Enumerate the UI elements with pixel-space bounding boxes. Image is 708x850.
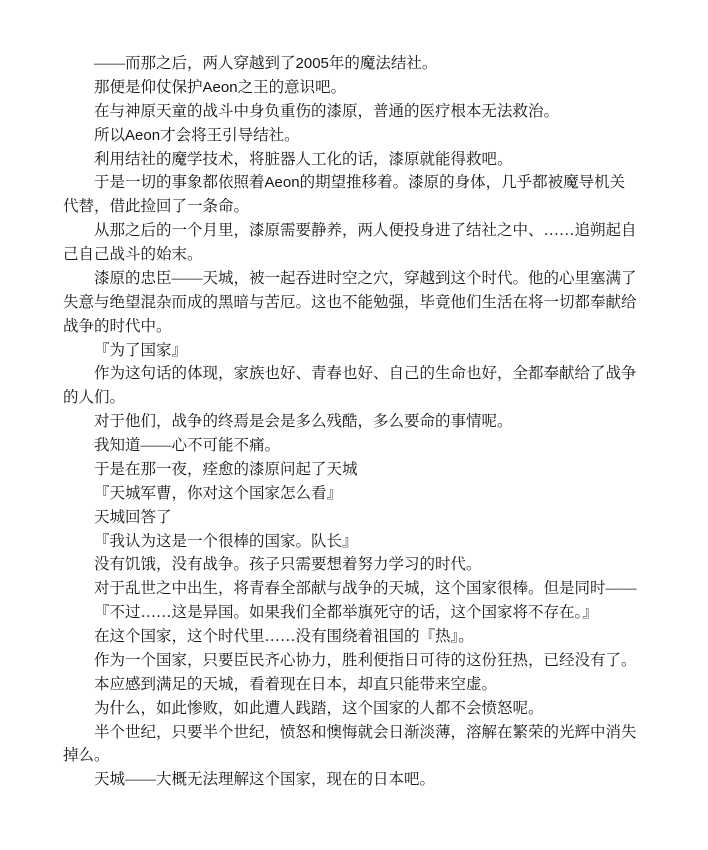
paragraph: 从那之后的一个月里，漆原需要静养，两人便投身进了结社之中、……追朔起自己自己战斗… — [63, 219, 637, 267]
paragraph: 在与神原天童的战斗中身负重伤的漆原，普通的医疗根本无法救治。 — [63, 100, 637, 124]
paragraph: 半个世纪，只要半个世纪，愤怒和懊悔就会日渐淡薄，溶解在繁荣的光辉中消失掉么。 — [63, 721, 637, 769]
paragraph: 漆原的忠臣——天城，被一起吞进时空之穴，穿越到这个时代。他的心里塞满了失意与绝望… — [63, 267, 637, 339]
paragraph: 『天城军曹，你对这个国家怎么看』 — [63, 482, 637, 506]
paragraph: 为什么，如此惨败，如此遭人践踏，这个国家的人都不会愤怒呢。 — [63, 697, 637, 721]
paragraph: 那便是仰仗保护Aeon之王的意识吧。 — [63, 76, 637, 100]
paragraph: 对于乱世之中出生，将青春全部献与战争的天城，这个国家很棒。但是同时—— — [63, 577, 637, 601]
paragraph: 『为了国家』 — [63, 339, 637, 363]
paragraph: 于是在那一夜，痊愈的漆原问起了天城 — [63, 458, 637, 482]
latin-text: 2005 — [296, 55, 329, 72]
paragraph: 对于他们，战争的终焉是会是多么残酷，多么要命的事情呢。 — [63, 410, 637, 434]
paragraph: 利用结社的魔学技术，将脏器人工化的话，漆原就能得救吧。 — [63, 148, 637, 172]
paragraph: 我知道——心不可能不痛。 — [63, 434, 637, 458]
latin-text: Aeon — [125, 127, 160, 144]
paragraph: ——而那之后，两人穿越到了2005年的魔法结社。 — [63, 52, 637, 76]
latin-text: Aeon — [203, 79, 238, 96]
paragraph: 『不过……这是异国。如果我们全都举旗死守的话，这个国家将不存在。』 — [63, 601, 637, 625]
document-body: ——而那之后，两人穿越到了2005年的魔法结社。那便是仰仗保护Aeon之王的意识… — [63, 52, 637, 792]
paragraph: 在这个国家，这个时代里……没有围绕着祖国的『热』。 — [63, 625, 637, 649]
paragraph: 所以Aeon才会将王引导结社。 — [63, 124, 637, 148]
document-page: ——而那之后，两人穿越到了2005年的魔法结社。那便是仰仗保护Aeon之王的意识… — [0, 0, 708, 850]
paragraph: 于是一切的事象都依照着Aeon的期望推移着。漆原的身体，几乎都被魔导机关代替，借… — [63, 171, 637, 219]
paragraph: 天城——大概无法理解这个国家，现在的日本吧。 — [63, 768, 637, 792]
paragraph: 『我认为这是一个很棒的国家。队长』 — [63, 530, 637, 554]
paragraph: 天城回答了 — [63, 506, 637, 530]
paragraph: 本应感到满足的天城，看着现在日本，却直只能带来空虚。 — [63, 673, 637, 697]
paragraph: 作为这句话的体现，家族也好、青春也好、自己的生命也好，全都奉献给了战争的人们。 — [63, 362, 637, 410]
paragraph: 作为一个国家，只要臣民齐心协力，胜利便指日可待的这份狂热，已经没有了。 — [63, 649, 637, 673]
latin-text: Aeon — [265, 174, 300, 191]
paragraph: 没有饥饿，没有战争。孩子只需要想着努力学习的时代。 — [63, 553, 637, 577]
